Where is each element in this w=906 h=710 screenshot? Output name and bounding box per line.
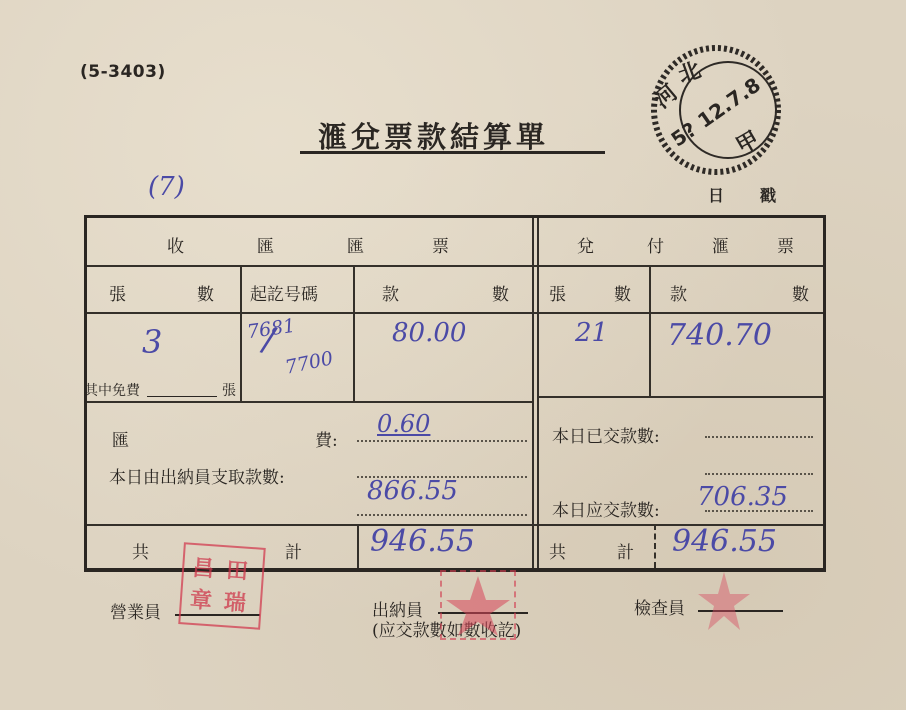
- star-seal-icon: [442, 572, 514, 638]
- col-count-b: 數: [197, 280, 214, 305]
- fee-value: 0.60: [377, 410, 430, 438]
- paid-col-amount-a: 款: [670, 280, 687, 305]
- right-total-label-b: 計: [617, 538, 634, 563]
- paid-header-1: 兌: [577, 232, 594, 257]
- col-amount-b: 數: [492, 280, 509, 305]
- paid-today-dotted: [705, 436, 813, 438]
- paid-count-value: 21: [575, 318, 608, 348]
- left-col-divider-1: [240, 265, 242, 401]
- cashier-withdraw-dotted-2: [357, 514, 527, 516]
- form-code: (5-3403): [80, 62, 166, 82]
- free-tickets-label: 其中免費: [84, 380, 140, 400]
- left-total-divider: [357, 524, 359, 568]
- right-data-row-line: [539, 396, 823, 398]
- free-tickets-unit: 張: [222, 380, 236, 400]
- left-total-label-a: 共: [132, 538, 149, 563]
- postmark-label-chuo: 戳: [760, 183, 776, 206]
- center-divider-2: [537, 218, 539, 568]
- col-serial-range: 起訖号碼: [250, 280, 318, 305]
- column-header-line: [87, 312, 823, 314]
- left-total-value: 946.55: [370, 524, 475, 559]
- inspector-smudge-seal-icon: [696, 570, 752, 634]
- paid-today-label: 本日已交款數:: [552, 422, 660, 447]
- cashier-withdraw-value: 866.55: [367, 476, 458, 506]
- clerk-seal-char-3: 昌: [191, 551, 215, 583]
- received-count-value: 3: [142, 323, 162, 361]
- paid-col-count-b: 數: [614, 280, 631, 305]
- settlement-table: 收 匯 匯 票 兌 付 滙 票 張 數 起訖号碼 款 數 張 數 款 數 3 7…: [84, 215, 826, 572]
- right-total-divider: [654, 524, 656, 568]
- clerk-seal-char-4: 章: [189, 583, 213, 615]
- cashier-seal: [440, 570, 516, 640]
- inspector-seal: [696, 570, 752, 634]
- clerk-seal: 田 瑞 昌 章: [178, 542, 266, 630]
- due-today-label: 本日应交款數:: [552, 496, 660, 521]
- received-header-2: 匯: [257, 232, 274, 257]
- fee-label-b: 費:: [315, 426, 338, 451]
- left-data-row-line: [87, 401, 532, 403]
- left-total-label-b: 計: [285, 538, 302, 563]
- due-today-value: 706.35: [697, 482, 788, 512]
- fee-dotted-line: [357, 440, 527, 442]
- title-underline: [300, 151, 605, 154]
- paid-amount-value: 740.70: [667, 318, 772, 353]
- fee-label-a: 匯: [112, 426, 129, 451]
- right-total-label-a: 共: [549, 538, 566, 563]
- free-tickets-blank: [147, 396, 217, 397]
- col-amount-a: 款: [382, 280, 399, 305]
- due-today-dotted-1: [705, 473, 813, 475]
- col-count-a: 張: [109, 280, 126, 305]
- handwritten-serial: (7): [148, 172, 185, 202]
- clerk-label: 營業員: [110, 598, 161, 623]
- due-today-dotted-2: [705, 510, 813, 512]
- right-col-divider: [649, 265, 651, 396]
- postmark-label-ri: 日: [708, 183, 724, 206]
- received-serial-end: 7700: [283, 347, 335, 379]
- clerk-seal-char-1: 田: [225, 553, 249, 585]
- paid-header-2: 付: [647, 232, 664, 257]
- document-title: 滙兌票款結算單: [318, 115, 549, 156]
- paid-header-4: 票: [777, 232, 794, 257]
- paid-col-amount-b: 數: [792, 280, 809, 305]
- center-divider: [532, 218, 534, 568]
- cashier-withdraw-label: 本日由出納員支取款數:: [109, 463, 285, 488]
- paid-header-3: 滙: [712, 232, 729, 257]
- received-amount-value: 80.00: [392, 318, 466, 348]
- clerk-seal-char-2: 瑞: [223, 585, 247, 617]
- header-row-line: [87, 265, 823, 267]
- received-header-4: 票: [432, 232, 449, 257]
- left-col-divider-2: [353, 265, 355, 401]
- paid-col-count-a: 張: [549, 280, 566, 305]
- received-header-3: 匯: [347, 232, 364, 257]
- right-total-value: 946.55: [672, 524, 777, 559]
- postmark-stamp: 河 北 5? 12.7.8 甲: [636, 38, 796, 188]
- inspector-label: 檢查員: [634, 594, 685, 619]
- received-header-1: 收: [167, 232, 184, 257]
